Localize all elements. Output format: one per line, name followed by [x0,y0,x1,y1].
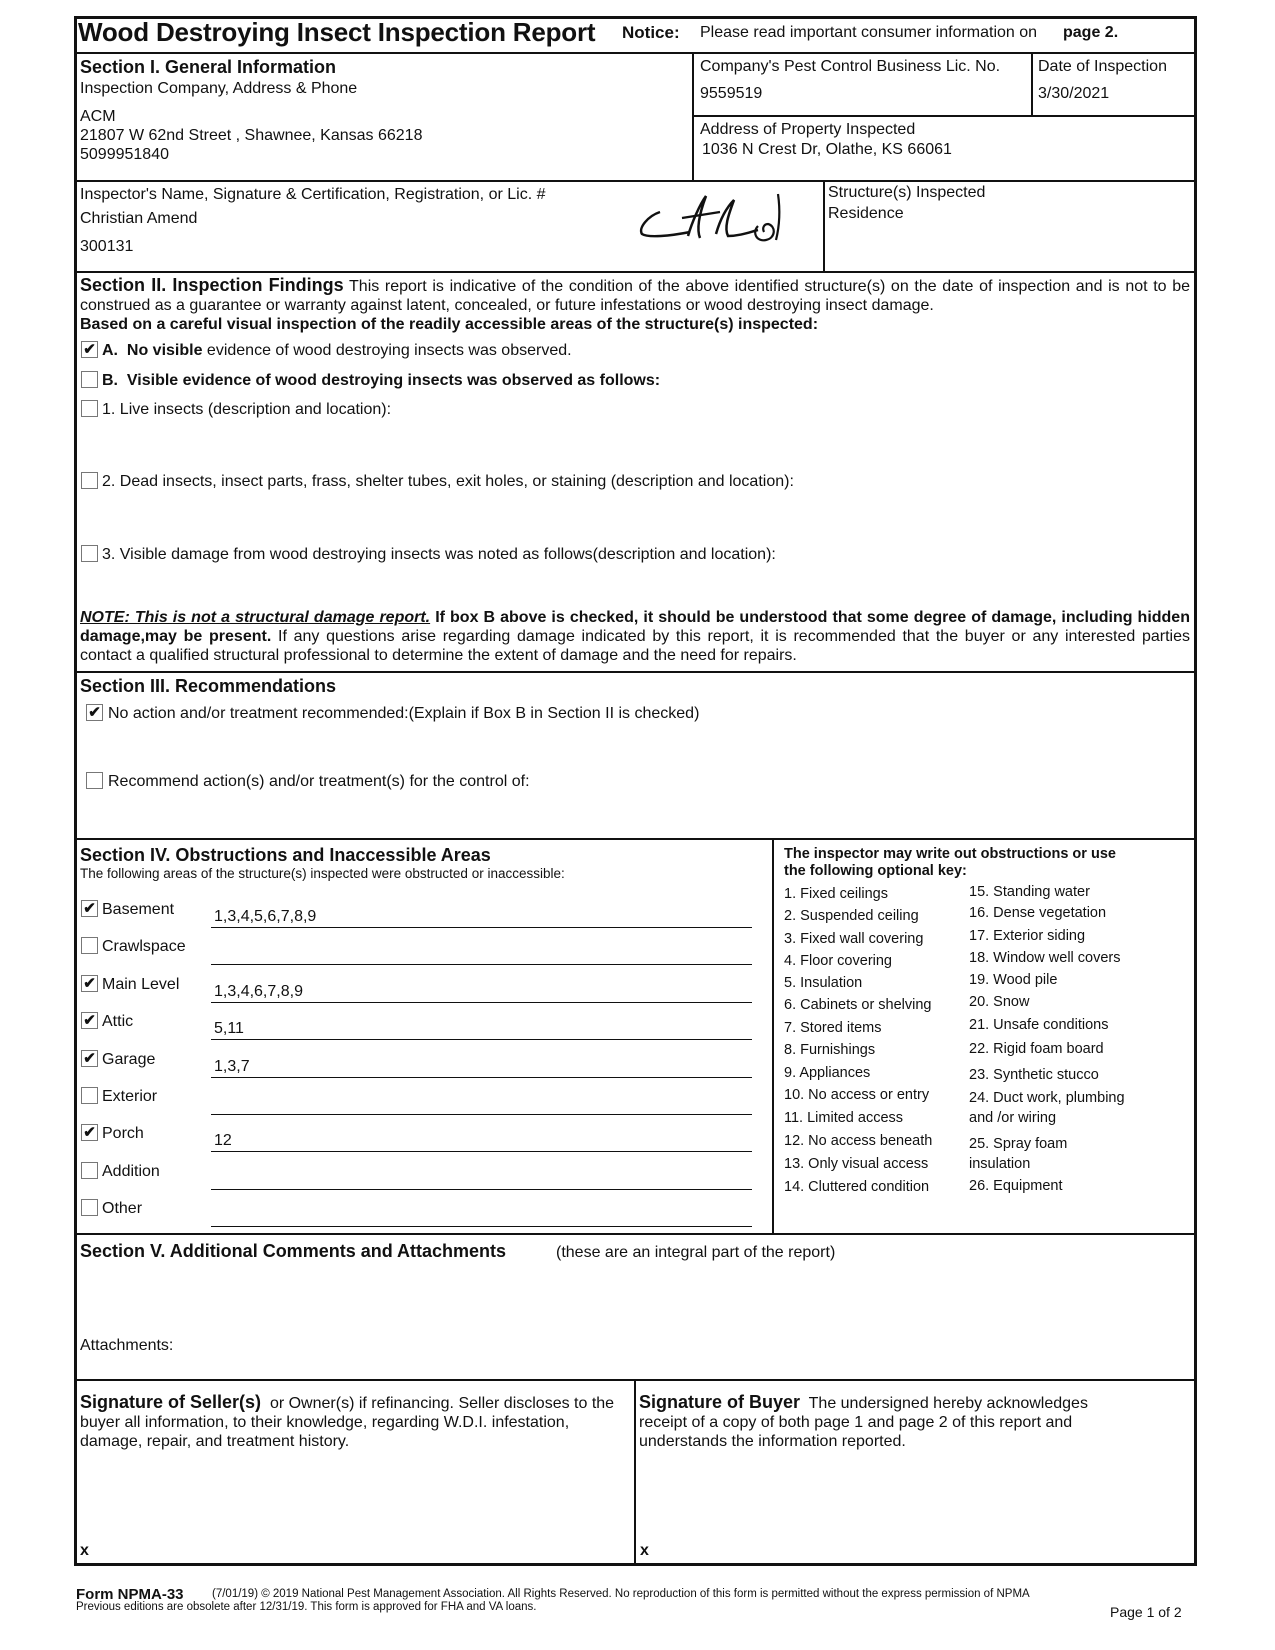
date-label: Date of Inspection [1038,57,1167,76]
key-item: 12. No access beneath [784,1133,932,1150]
company-phone: 5099951840 [80,145,169,164]
inspector-name: Christian Amend [80,209,197,228]
inspector-signature [630,190,800,250]
field-underline [211,1077,752,1078]
key-item: 20. Snow [969,994,1029,1011]
license-label: Company's Pest Control Business Lic. No. [700,57,1000,76]
exterior-label: Exterior [102,1087,157,1106]
key-heading-1: The inspector may write out obstructions… [784,846,1116,863]
notice-text: Please read important consumer informati… [700,23,1037,42]
footer-copyright: (7/01/19) © 2019 National Pest Managemen… [212,1588,1030,1601]
attic-obstruction-field[interactable]: 5,11 [214,1019,244,1038]
key-item: 24. Duct work, plumbing [969,1090,1125,1107]
key-item: 4. Floor covering [784,953,892,970]
recommend-action-checkbox[interactable] [86,772,103,789]
key-item: and /or wiring [969,1110,1056,1127]
live-insects-label: 1. Live insects (description and locatio… [102,400,391,419]
checkmark-icon: ✔ [83,1051,96,1066]
section5-heading: Section V. Additional Comments and Attac… [80,1241,506,1262]
main-level-checkbox[interactable]: ✔ [81,975,98,992]
addition-checkbox[interactable] [81,1162,98,1179]
option-a-checkbox[interactable]: ✔ [81,341,98,358]
divider [74,180,1197,182]
main-level-label: Main Level [102,975,179,994]
option-a-label: A. No visible evidence of wood destroyin… [102,341,572,360]
page-number: Page 1 of 2 [1110,1603,1182,1622]
attachments-label: Attachments: [80,1336,173,1355]
recommend-action-label: Recommend action(s) and/or treatment(s) … [108,772,530,791]
basement-checkbox[interactable]: ✔ [81,900,98,917]
key-item: 13. Only visual access [784,1156,928,1173]
key-item: 1. Fixed ceilings [784,886,888,903]
attic-label: Attic [102,1012,133,1031]
divider [634,1379,636,1566]
exterior-checkbox[interactable] [81,1087,98,1104]
crawlspace-label: Crawlspace [102,937,186,956]
property-label: Address of Property Inspected [700,120,915,139]
divider [74,838,1197,840]
buyer-signature-field[interactable]: x [640,1541,649,1560]
section5-note: (these are an integral part of the repor… [556,1243,835,1262]
key-item: 8. Furnishings [784,1042,875,1059]
divider [772,838,774,1234]
key-heading-2: the following optional key: [784,863,967,880]
main-level-obstruction-field[interactable]: 1,3,4,6,7,8,9 [214,982,303,1001]
field-underline [211,1226,752,1227]
section4-subheading: The following areas of the structure(s) … [80,866,565,882]
divider [74,52,1197,54]
section2-basis: Based on a careful visual inspection of … [80,315,818,334]
key-item: 25. Spray foam [969,1136,1067,1153]
seller-signature-text: Signature of Seller(s) or Owner(s) if re… [80,1392,620,1451]
key-item: 2. Suspended ceiling [784,908,919,925]
section3-heading: Section III. Recommendations [80,676,336,697]
field-underline [211,1189,752,1190]
key-item: 15. Standing water [969,884,1090,901]
field-underline [211,1151,752,1152]
section2-intro: Section II. Inspection Findings This rep… [80,275,1190,315]
key-item: 22. Rigid foam board [969,1041,1104,1058]
key-item: 11. Limited access [784,1110,903,1127]
key-item: 17. Exterior siding [969,928,1085,945]
checkmark-icon: ✔ [83,901,96,916]
license-value: 9559519 [700,84,762,103]
live-insects-checkbox[interactable] [81,400,98,417]
key-item: 3. Fixed wall covering [784,931,923,948]
key-item: 10. No access or entry [784,1087,929,1104]
visible-damage-checkbox[interactable] [81,545,98,562]
inspector-label: Inspector's Name, Signature & Certificat… [80,185,545,204]
company-name: ACM [80,107,116,126]
seller-signature-field[interactable]: x [80,1541,89,1560]
garage-obstruction-field[interactable]: 1,3,7 [214,1057,250,1076]
option-b-label: B. Visible evidence of wood destroying i… [102,371,660,390]
company-address: 21807 W 62nd Street , Shawnee, Kansas 66… [80,126,422,145]
key-item: 14. Cluttered condition [784,1179,929,1196]
key-item: 5. Insulation [784,975,862,992]
damage-note: NOTE: This is not a structural damage re… [80,608,1190,665]
key-item: 6. Cabinets or shelving [784,997,932,1014]
key-item: 7. Stored items [784,1020,882,1037]
key-item: 16. Dense vegetation [969,905,1106,922]
property-value: 1036 N Crest Dr, Olathe, KS 66061 [702,140,952,159]
field-underline [211,1114,752,1115]
divider [1031,52,1033,116]
notice-label: Notice: [622,23,680,42]
key-item: 9. Appliances [784,1065,870,1082]
divider [74,271,1197,273]
inspector-license: 300131 [80,237,133,256]
checkmark-icon: ✔ [83,976,96,991]
dead-insects-checkbox[interactable] [81,472,98,489]
key-item: 18. Window well covers [969,950,1121,967]
basement-obstruction-field[interactable]: 1,3,4,5,6,7,8,9 [214,907,316,926]
other-label: Other [102,1199,142,1218]
checkmark-icon: ✔ [83,1125,96,1140]
seller-heading: Signature of Seller(s) [80,1392,261,1412]
porch-label: Porch [102,1124,144,1143]
notice-page: page 2. [1063,23,1118,42]
addition-label: Addition [102,1162,160,1181]
structure-value: Residence [828,204,904,223]
buyer-signature-text: Signature of Buyer The undersigned hereb… [639,1392,1119,1451]
key-item: 26. Equipment [969,1178,1063,1195]
crawlspace-checkbox[interactable] [81,937,98,954]
section2-heading: Section II. Inspection Findings [80,275,344,295]
porch-checkbox[interactable]: ✔ [81,1124,98,1141]
key-item: 21. Unsafe conditions [969,1017,1108,1034]
field-underline [211,927,752,928]
dead-insects-label: 2. Dead insects, insect parts, frass, sh… [102,472,794,491]
divider [823,180,825,272]
divider [692,115,1197,117]
visible-damage-label: 3. Visible damage from wood destroying i… [102,545,776,564]
field-underline [211,1039,752,1040]
field-underline [211,964,752,965]
key-item: 19. Wood pile [969,972,1057,989]
field-underline [211,1002,752,1003]
checkmark-icon: ✔ [88,705,101,720]
checkmark-icon: ✔ [83,1013,96,1028]
key-item: insulation [969,1156,1030,1173]
section1-heading: Section I. General Information [80,57,336,78]
attic-checkbox[interactable]: ✔ [81,1012,98,1029]
divider [74,671,1197,673]
form-title: Wood Destroying Insect Inspection Report [78,17,595,47]
date-value: 3/30/2021 [1038,84,1109,103]
other-checkbox[interactable] [81,1199,98,1216]
section4-heading: Section IV. Obstructions and Inaccessibl… [80,845,491,866]
garage-label: Garage [102,1050,155,1069]
no-action-label: No action and/or treatment recommended:(… [108,704,699,723]
key-item: 23. Synthetic stucco [969,1067,1099,1084]
no-action-checkbox[interactable]: ✔ [86,704,103,721]
divider [74,1233,1197,1235]
structure-label: Structure(s) Inspected [828,183,985,202]
garage-checkbox[interactable]: ✔ [81,1050,98,1067]
footer-line2: Previous editions are obsolete after 12/… [76,1601,536,1614]
checkmark-icon: ✔ [83,342,96,357]
basement-label: Basement [102,900,174,919]
buyer-heading: Signature of Buyer [639,1392,800,1412]
porch-obstruction-field[interactable]: 12 [214,1131,232,1150]
option-b-checkbox[interactable] [81,371,98,388]
company-label: Inspection Company, Address & Phone [80,79,357,98]
